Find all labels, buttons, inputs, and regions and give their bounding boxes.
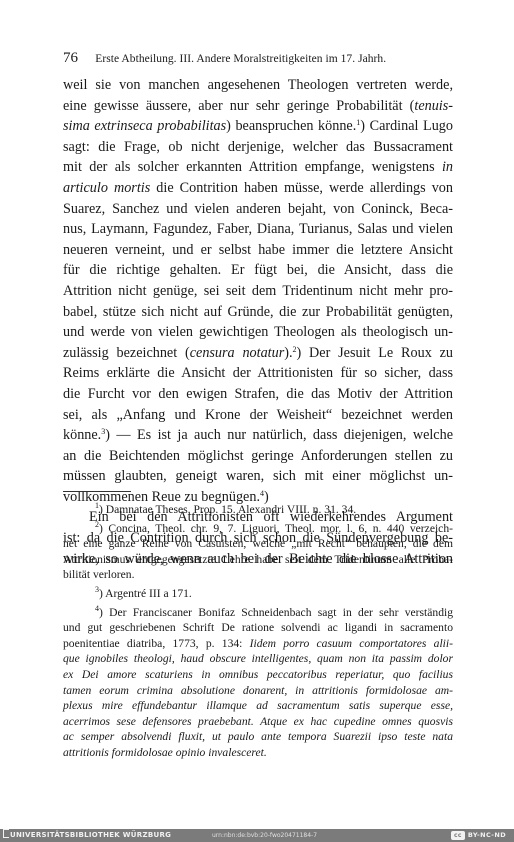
text-run: Der Franciscaner Bonifaz Schneidenbach s… [109,606,453,619]
text-run: mit der als solcher erkannten Attrition … [63,159,442,175]
italic-text: tamen eorum crimina absolutione donarent… [63,684,453,697]
text-run: nus, Laymann, Fagundez, Faber, Diana, Tu… [63,221,453,237]
text-run: bilität verloren. [63,568,134,581]
text-run: poenitentiae diatriba, 1773, p. 134: [63,637,250,650]
text-run: babel, stütze sich nicht auf Gründe, die… [63,304,453,320]
urn-link[interactable]: urn:nbn:de:bvb:20-fwo20471184-7 [212,829,317,842]
text-run: ) Cardinal Lugo [360,118,453,134]
text-line: sei, als „Anfang und Krone der Weisheit“… [63,405,453,426]
text-line: könne.3) — Es ist ja auch nur natürlich,… [63,425,453,446]
text-line: neueren verneint, und er selbst habe imm… [63,240,453,261]
text-run: ) Der Jesuit Le Roux zu [297,345,453,361]
text-run: Argentré III a 171. [105,587,192,600]
text-run: sagt: die Frage, ob nicht derjenige, wel… [63,139,453,155]
footnote-paren: ) [99,606,109,619]
italic-text: ac semper absolvendi fluxit, ut paulo an… [63,730,453,743]
footnote-line: 1) Damnatae Theses. Prop. 15. Alexandri … [63,502,453,518]
footnote-line: ex Dei amore scaturiens in omnibus pecca… [63,667,453,683]
library-name: UNIVERSITÄTSBIBLIOTHEK WÜRZBURG [10,831,171,839]
footnote-line: tamen eorum crimina absolutione donarent… [63,683,453,699]
italic-text: ex Dei amore scaturiens in omnibus pecca… [63,668,453,681]
text-run: Damnatae Theses. Prop. 15. Alexandri VII… [106,503,356,516]
text-line: müssen glaubten, geneigt waren, sich mit… [63,466,453,487]
text-line: babel, stütze sich nicht auf Gründe, die… [63,302,453,323]
italic-text: articulo mortis [63,180,150,196]
text-run: und werde von vielen gewichtigen Theolog… [63,324,453,340]
text-run: Concina, Theol. chr. 9, 7. Liguori, Theo… [108,522,453,535]
footnote-paren: ) [99,503,106,516]
library-logo[interactable]: UNIVERSITÄTSBIBLIOTHEK WÜRZBURG [3,829,171,842]
footnote-line: net eine ganze Reihe von Casuisten, welc… [63,536,453,552]
footnote-line: acerrimos sese defensores praebebant. At… [63,714,453,730]
footnote-line: und gut geschriebenen Schrift De ratione… [63,620,453,636]
text-run: ) — Es ist ja auch nur natürlich, dass d… [105,427,453,443]
text-line: zulässig bezeichnet (censura notatur).2)… [63,343,453,364]
text-run: net eine ganze Reihe von Casuisten, welc… [63,537,453,550]
text-line: die Furcht vor den ewigen Strafen, die d… [63,384,453,405]
creative-commons-icon: cc [451,831,465,840]
italic-text: censura notatur [190,345,285,361]
footnote-line: plexus mire effundebantur illamque ad sa… [63,698,453,714]
footnote-line: ac semper absolvendi fluxit, ut paulo an… [63,729,453,745]
text-line: nus, Laymann, Fagundez, Faber, Diana, Tu… [63,219,453,240]
footer-bar: UNIVERSITÄTSBIBLIOTHEK WÜRZBURG urn:nbn:… [0,829,514,842]
text-run: die Furcht vor den ewigen Strafen, die d… [63,386,453,402]
text-run: könne. [63,427,101,443]
italic-text: plexus mire effundebantur illamque ad sa… [63,699,453,712]
text-run: an die Beichtenden möglichst geringe Anf… [63,448,453,464]
text-run: eine gewisse äussere, aber nur sehr geri… [63,98,414,114]
text-run: ). [284,345,292,361]
italic-text: que ignobiles theologi, haud obscure int… [63,652,453,665]
text-run: Attrition nicht genüge, sei seit dem Tri… [63,283,453,299]
license-label: BY-NC-ND [468,831,506,839]
text-run: weil sie von manchen angesehenen Theolog… [63,77,453,93]
footnote-line: 4) Der Franciscaner Bonifaz Schneidenbac… [63,605,453,621]
text-line: weil sie von manchen angesehenen Theolog… [63,75,453,96]
footnote-line: Attritionismus entgegengesetzte Lehre ha… [63,552,453,568]
text-line: für die richtige gehalten. Er fügt bei, … [63,260,453,281]
running-title: Erste Abtheilung. III. Andere Moralstrei… [95,53,386,65]
text-line: sagt: die Frage, ob nicht derjenige, wel… [63,137,453,158]
italic-text: in [442,159,453,175]
license-badge[interactable]: ccBY-NC-ND [451,829,506,842]
text-line: sima extrinseca probabilitas) beanspruch… [63,116,453,137]
footnote-line: 2) Concina, Theol. chr. 9, 7. Liguori, T… [63,521,453,537]
text-run: die Contrition haben müsse, werde allerd… [150,180,453,196]
text-run: sei, als „Anfang und Krone der Weisheit“… [63,407,453,423]
text-run: zulässig bezeichnet ( [63,345,190,361]
text-line: Suarez, Sanchez und vielen anderen bejah… [63,199,453,220]
document-page: 76 Erste Abtheilung. III. Andere Moralst… [0,0,514,829]
text-line: Attrition nicht genüge, sei seit dem Tri… [63,281,453,302]
text-run: für die richtige gehalten. Er fügt bei, … [63,262,453,278]
footnote-line: 3) Argentré III a 171. [63,586,453,602]
text-run: neueren verneint, und er selbst habe imm… [63,242,453,258]
running-head: 76 Erste Abtheilung. III. Andere Moralst… [63,50,453,67]
text-line: an die Beichtenden möglichst geringe Anf… [63,446,453,467]
text-run: und gut geschriebenen Schrift De ratione… [63,621,453,634]
italic-text: attritionis formidolosae opinio invalesc… [63,746,267,759]
footnote-line: attritionis formidolosae opinio invalesc… [63,745,453,761]
page-number: 76 [63,50,78,66]
text-run: Attritionismus entgegengesetzte Lehre ha… [63,553,453,566]
footnote-paren: ) [99,522,108,535]
text-run: ) beanspruchen könne. [226,118,356,134]
text-line: und werde von vielen gewichtigen Theolog… [63,322,453,343]
italic-text: Iidem porro casuum comportatores alii- [250,637,453,650]
footnote-line: que ignobiles theologi, haud obscure int… [63,651,453,667]
italic-text: tenuis- [414,98,453,114]
body-text: weil sie von manchen angesehenen Theolog… [63,75,453,569]
text-run: Suarez, Sanchez und vielen anderen bejah… [63,201,453,217]
text-line: articulo mortis die Contrition haben müs… [63,178,453,199]
text-run: müssen glaubten, geneigt waren, sich mit… [63,468,453,484]
footnote-line: bilität verloren. [63,567,453,583]
footnote-rule [63,491,131,492]
text-line: eine gewisse äussere, aber nur sehr geri… [63,96,453,117]
text-line: mit der als solcher erkannten Attrition … [63,157,453,178]
italic-text: sima extrinseca probabilitas [63,118,226,134]
footnote-line: poenitentiae diatriba, 1773, p. 134: Iid… [63,636,453,652]
text-run: Reims erklärte die Ansicht der Attrition… [63,365,453,381]
footnotes: 1) Damnatae Theses. Prop. 15. Alexandri … [63,502,453,761]
library-logo-icon [3,829,9,838]
text-line: Reims erklärte die Ansicht der Attrition… [63,363,453,384]
italic-text: acerrimos sese defensores praebebant. At… [63,715,453,728]
